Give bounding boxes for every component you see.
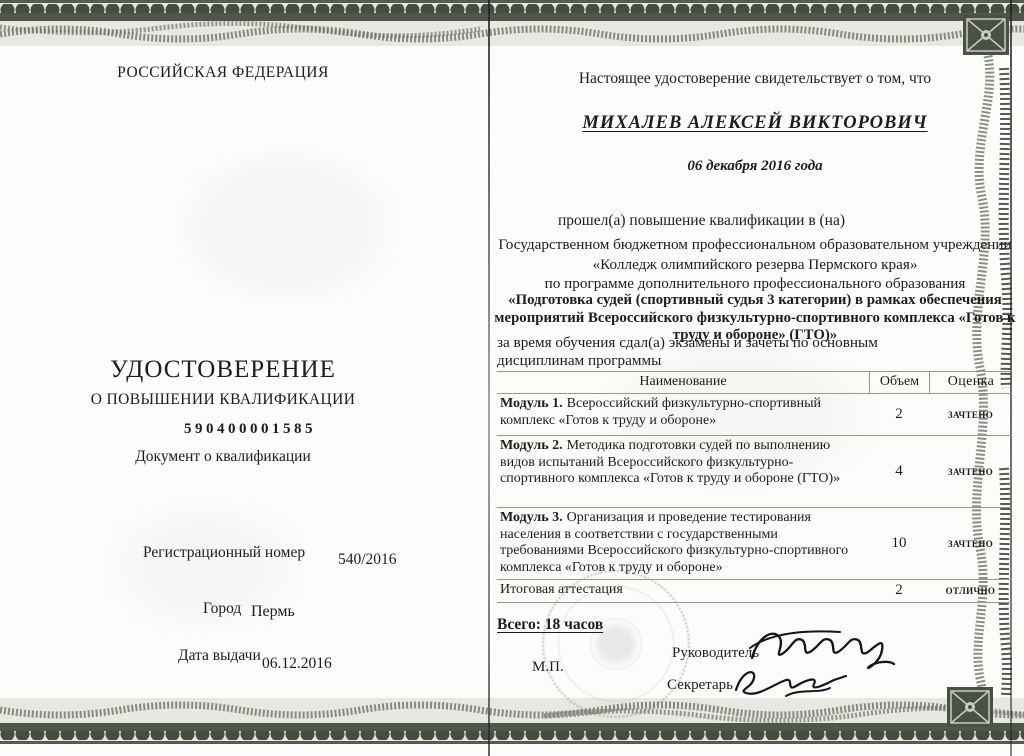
program-intro-text: по программе дополнительного профессиона… [494, 275, 1016, 293]
column-header-grade: Оценка [929, 372, 1012, 393]
course-grade: зачтено [929, 508, 1012, 579]
city-label: Город [203, 600, 241, 618]
column-header-volume: Объем [869, 372, 929, 393]
secretary-signature [730, 666, 850, 702]
course-name: Модуль 2.Методика подготовки судей по вы… [497, 436, 869, 507]
head-signature-label: Руководитель [672, 645, 759, 662]
course-grade: отлично [929, 580, 1012, 602]
table-row: Модуль 3.Организация и проведение тестир… [497, 508, 1012, 580]
exam-note-text: за время обучения сдал(а) экзамены и зач… [497, 334, 967, 370]
country-header: РОССИЙСКАЯ ФЕДЕРАЦИЯ [32, 64, 414, 82]
module-label: Модуль 1. [500, 396, 563, 411]
registration-number-value: 540/2016 [338, 551, 397, 569]
table-row: Модуль 2.Методика подготовки судей по вы… [497, 436, 1012, 508]
document-subtitle: О ПОВЫШЕНИИ КВАЛИФИКАЦИИ [32, 391, 414, 409]
corner-rosette-icon [962, 14, 1010, 56]
bottom-border-ornament [0, 698, 1024, 744]
document-kind: Документ о квалификации [32, 448, 414, 466]
holder-name: МИХАЛЕВ АЛЕКСЕЙ ВИКТОРОВИЧ [494, 113, 1016, 134]
qualification-action-text: прошел(а) повышение квалификации в (на) [494, 212, 1016, 230]
total-hours: Всего: 18 часов [497, 616, 603, 634]
course-name: Модуль 1.Всероссийский физкультурно-спор… [497, 394, 869, 435]
module-label: Модуль 2. [500, 438, 563, 453]
course-grade: зачтено [929, 436, 1012, 507]
secretary-signature-label: Секретарь [667, 677, 733, 694]
stamp-place-label: М.П. [532, 659, 564, 676]
table-row: Модуль 1.Всероссийский физкультурно-спор… [497, 394, 1012, 436]
city-value: Пермь [251, 603, 295, 621]
course-name: Итоговая аттестация [497, 580, 869, 602]
table-row: Итоговая аттестация 2 отлично [497, 580, 1012, 603]
course-date: 06 декабря 2016 года [494, 158, 1016, 175]
certificate-page: РОССИЙСКАЯ ФЕДЕРАЦИЯ УДОСТОВЕРЕНИЕ О ПОВ… [0, 0, 1024, 756]
registration-number-label: Регистрационный номер [143, 544, 305, 562]
corner-rosette-icon [946, 686, 994, 728]
institution-name-line1: Государственном бюджетном профессиональн… [494, 236, 1016, 254]
course-grade: зачтено [929, 394, 1012, 435]
course-title-text: Итоговая аттестация [500, 582, 623, 597]
course-volume: 10 [869, 508, 929, 579]
module-label: Модуль 3. [500, 510, 563, 525]
issue-date-value: 06.12.2016 [262, 655, 332, 673]
top-border-ornament [0, 0, 1024, 46]
column-header-name: Наименование [497, 372, 869, 393]
course-name: Модуль 3.Организация и проведение тестир… [497, 508, 869, 579]
document-number: 590400001585 [59, 421, 441, 438]
certificate-intro-text: Настоящее удостоверение свидетельствует … [494, 70, 1016, 88]
page-fold-line [488, 0, 490, 756]
table-header-row: Наименование Объем Оценка [497, 372, 1012, 394]
course-table: Наименование Объем Оценка Модуль 1.Всеро… [497, 371, 1012, 603]
institution-name-line2: «Колледж олимпийского резерва Пермского … [494, 256, 1016, 274]
course-volume: 4 [869, 436, 929, 507]
course-volume: 2 [869, 580, 929, 602]
course-volume: 2 [869, 394, 929, 435]
document-title: УДОСТОВЕРЕНИЕ [32, 356, 414, 384]
issue-date-label: Дата выдачи [178, 647, 261, 665]
